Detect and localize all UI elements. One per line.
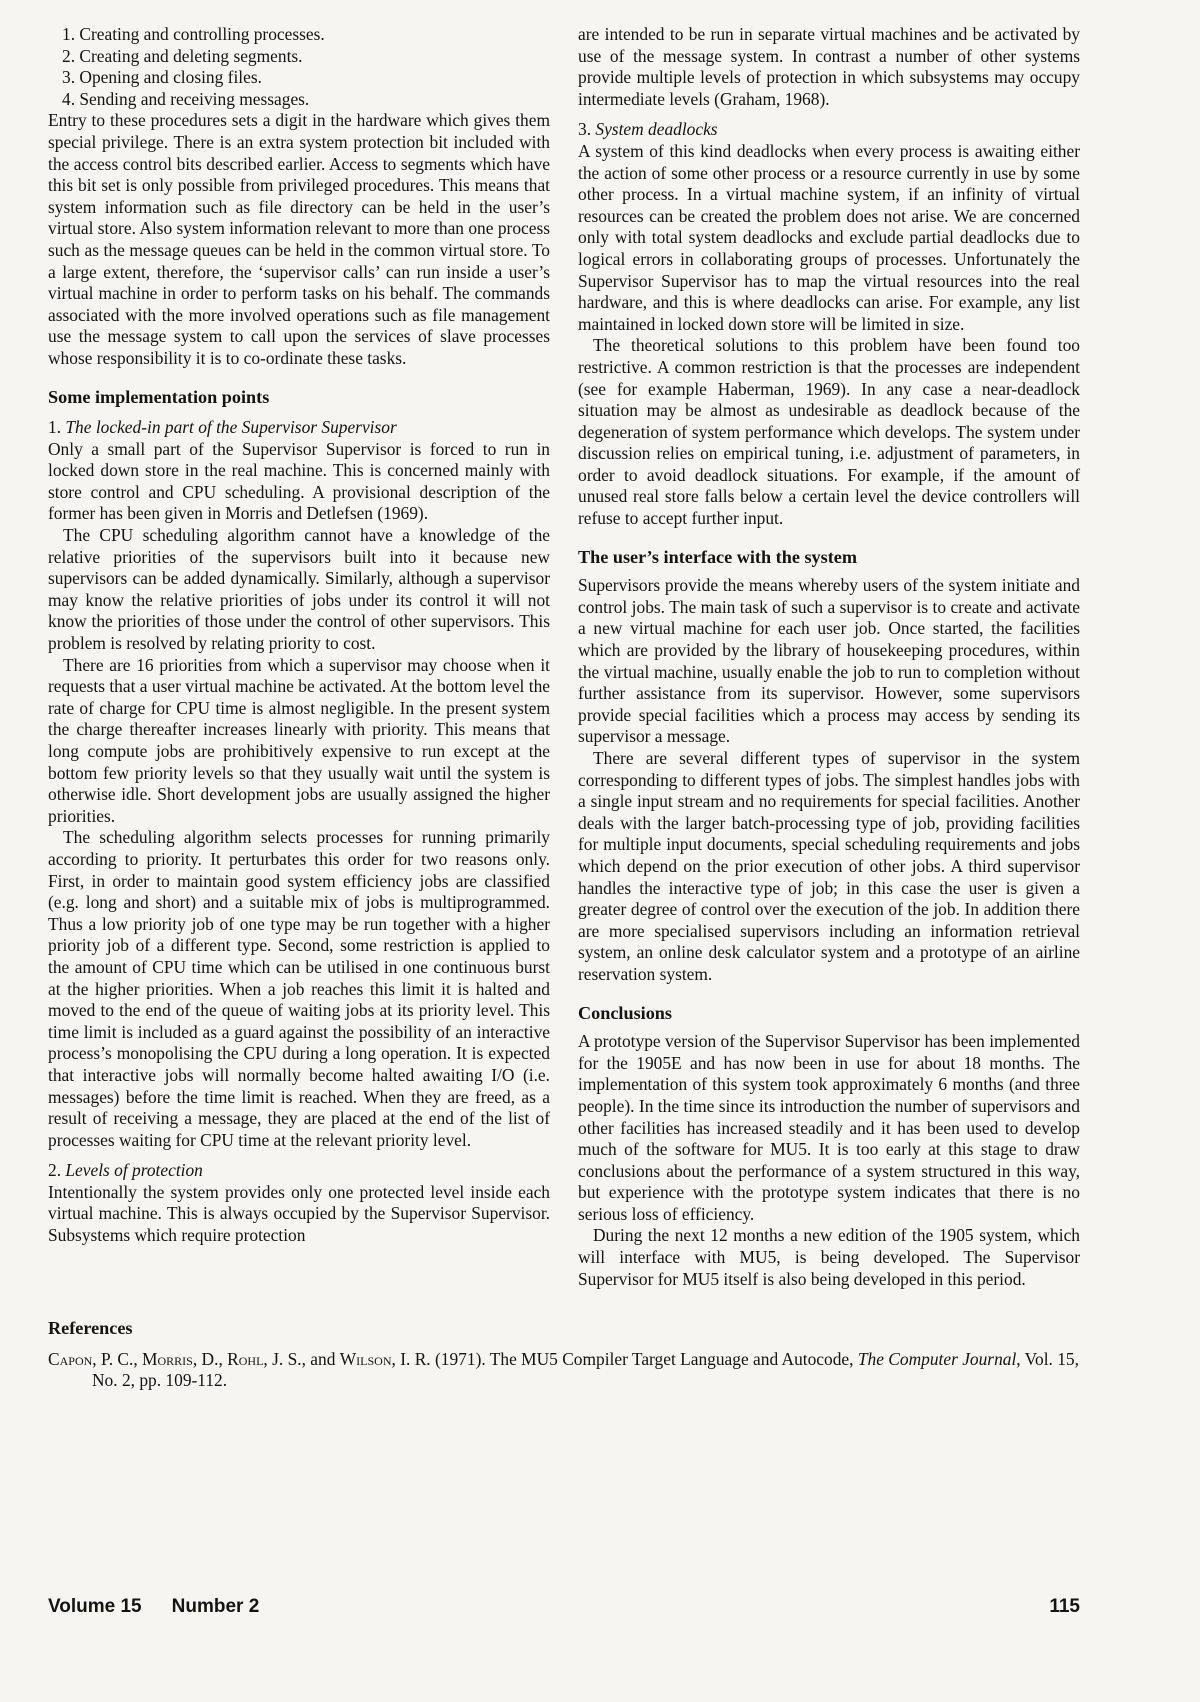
paragraph-theoretical-solutions: The theoretical solutions to this proble…: [578, 335, 1080, 529]
subsection-number: 3.: [578, 119, 595, 139]
paragraph-scheduling-algorithm: The scheduling algorithm selects process…: [48, 827, 550, 1151]
volume-number: Volume 15Number 2: [48, 1596, 259, 1618]
paragraph-supervisor-types: There are several different types of sup…: [578, 748, 1080, 986]
page-content: 1. Creating and controlling processes. 2…: [48, 24, 1080, 1392]
number-label: Number 2: [172, 1596, 260, 1617]
references-section: References Capon, P. C., Morris, D., Roh…: [48, 1318, 1080, 1392]
volume-label: Volume 15: [48, 1596, 142, 1617]
subsection-title: Levels of protection: [65, 1160, 203, 1180]
left-column: 1. Creating and controlling processes. 2…: [48, 24, 550, 1290]
section-heading-conclusions: Conclusions: [578, 1003, 1080, 1025]
list-item: 4. Sending and receiving messages.: [62, 89, 550, 111]
numbered-list: 1. Creating and controlling processes. 2…: [48, 24, 550, 110]
reference-title: The MU5 Compiler Target Language and Aut…: [490, 1349, 858, 1369]
paragraph-16-priorities: There are 16 priorities from which a sup…: [48, 655, 550, 828]
reference-authors: Wilson, I. R.: [340, 1349, 431, 1369]
paragraph-system-deadlocks: A system of this kind deadlocks when eve…: [578, 141, 1080, 335]
paragraph-continuation: are intended to be run in separate virtu…: [578, 24, 1080, 110]
page-footer: Volume 15Number 2 115: [48, 1596, 1080, 1618]
two-column-layout: 1. Creating and controlling processes. 2…: [48, 24, 1080, 1290]
subsection-title: System deadlocks: [595, 119, 717, 139]
paragraph-next-12-months: During the next 12 months a new edition …: [578, 1225, 1080, 1290]
list-item: 3. Opening and closing files.: [62, 67, 550, 89]
subsection-title: The locked-in part of the Supervisor Sup…: [65, 417, 396, 437]
subsection-number: 1.: [48, 417, 65, 437]
scanned-paper-page: 1. Creating and controlling processes. 2…: [0, 0, 1200, 1702]
right-column: are intended to be run in separate virtu…: [578, 24, 1080, 1290]
subsection-heading-deadlocks: 3. System deadlocks: [578, 119, 1080, 141]
reference-journal: The Computer Journal: [858, 1349, 1016, 1369]
paragraph-entry-procedures: Entry to these procedures sets a digit i…: [48, 110, 550, 369]
references-heading: References: [48, 1318, 1080, 1340]
section-heading-implementation: Some implementation points: [48, 387, 550, 409]
paragraph-prototype-version: A prototype version of the Supervisor Su…: [578, 1031, 1080, 1225]
list-item: 1. Creating and controlling processes.: [62, 24, 550, 46]
subsection-heading-locked-in: 1. The locked-in part of the Supervisor …: [48, 417, 550, 439]
reference-entry: Capon, P. C., Morris, D., Rohl, J. S., a…: [48, 1349, 1080, 1392]
subsection-number: 2.: [48, 1160, 65, 1180]
list-item: 2. Creating and deleting segments.: [62, 46, 550, 68]
paragraph-protection-level: Intentionally the system provides only o…: [48, 1182, 550, 1247]
paragraph-locked-down: Only a small part of the Supervisor Supe…: [48, 439, 550, 525]
paragraph-cpu-scheduling: The CPU scheduling algorithm cannot have…: [48, 525, 550, 655]
reference-and: and: [306, 1349, 340, 1369]
reference-authors: Capon, P. C., Morris, D., Rohl, J. S.,: [48, 1349, 306, 1369]
reference-year: (1971).: [431, 1349, 490, 1369]
section-heading-user-interface: The user’s interface with the system: [578, 547, 1080, 569]
page-number: 115: [1049, 1596, 1080, 1618]
subsection-heading-protection: 2. Levels of protection: [48, 1160, 550, 1182]
paragraph-supervisors-provide: Supervisors provide the means whereby us…: [578, 575, 1080, 748]
